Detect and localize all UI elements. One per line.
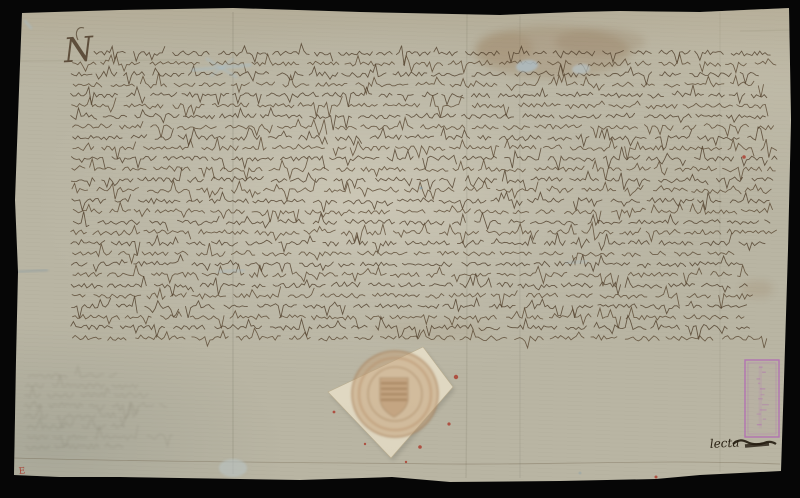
note-flourish-bold bbox=[745, 444, 769, 446]
repair-patches bbox=[25, 21, 590, 477]
opening-initial: N bbox=[61, 29, 96, 71]
papered-wax-seal bbox=[328, 347, 455, 461]
chancellery-note: lecta bbox=[709, 435, 776, 451]
archival-corner-mark: E bbox=[18, 466, 26, 477]
dorsal-show-through bbox=[24, 367, 173, 450]
archive-stamp bbox=[745, 360, 779, 437]
photo-stage: N lecta E bbox=[0, 0, 800, 498]
manuscript-text-block bbox=[71, 28, 777, 348]
manuscript-artwork: N lecta E bbox=[0, 0, 800, 498]
